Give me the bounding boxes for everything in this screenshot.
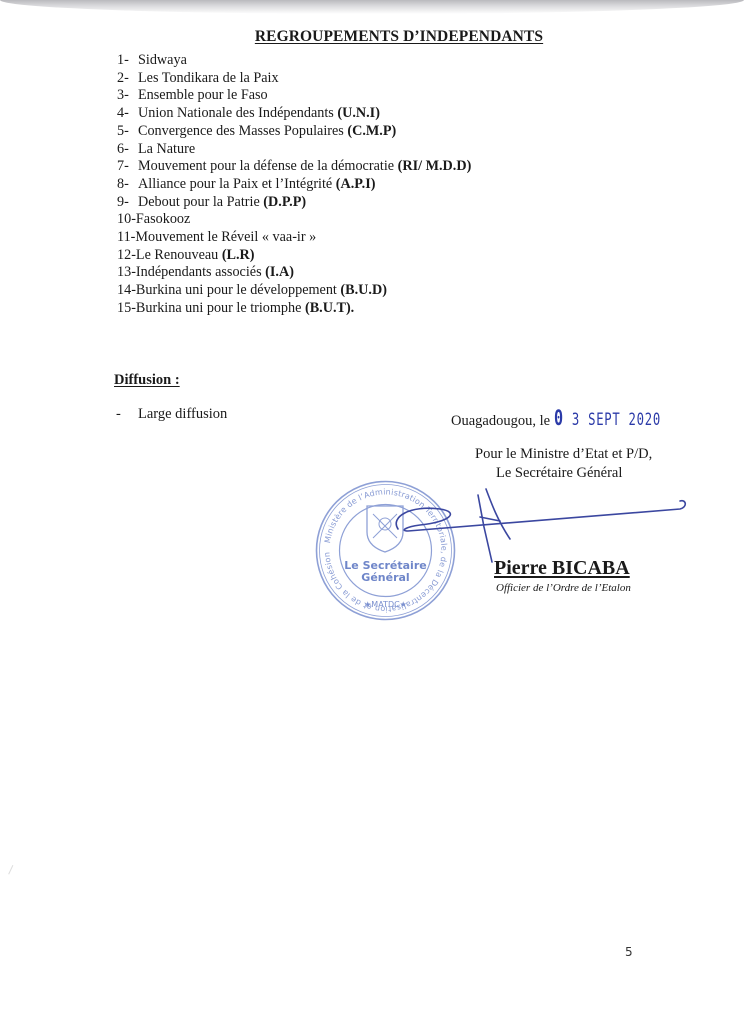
group-number: 4- bbox=[117, 105, 138, 123]
group-list-item: 12-Le Renouveau (L.R) bbox=[117, 247, 471, 265]
group-list-item: 5-Convergence des Masses Populaires (C.M… bbox=[117, 123, 471, 141]
group-name: Les Tondikara de la Paix bbox=[138, 70, 279, 86]
group-abbreviation: (D.P.P) bbox=[263, 194, 306, 210]
group-name: Convergence des Masses Populaires bbox=[138, 123, 347, 139]
group-name: Alliance pour la Paix et l’Intégrité bbox=[138, 176, 336, 192]
group-name: Burkina uni pour le développement bbox=[136, 282, 341, 298]
signatory-title: Le Secrétaire Général bbox=[496, 465, 622, 482]
group-list-item: 2-Les Tondikara de la Paix bbox=[117, 70, 471, 88]
document-title: REGROUPEMENTS D’INDEPENDANTS bbox=[0, 28, 744, 46]
scan-artifact bbox=[8, 865, 19, 877]
group-number: 1- bbox=[117, 52, 138, 70]
group-list-item: 15-Burkina uni pour le triomphe (B.U.T). bbox=[117, 300, 471, 318]
svg-text:★MATDC★: ★MATDC★ bbox=[364, 600, 407, 609]
group-list-item: 11-Mouvement le Réveil « vaa-ir » bbox=[117, 229, 471, 247]
diffusion-item-text: Large diffusion bbox=[138, 406, 227, 422]
group-number: 13- bbox=[117, 264, 136, 282]
group-number: 6- bbox=[117, 141, 138, 159]
bullet-dash: - bbox=[116, 406, 138, 423]
group-list-item: 10-Fasokooz bbox=[117, 211, 471, 229]
group-name: Burkina uni pour le triomphe bbox=[136, 300, 305, 316]
group-name: Mouvement le Réveil « vaa-ir » bbox=[135, 229, 316, 245]
group-number: 3- bbox=[117, 87, 138, 105]
group-list-item: 14-Burkina uni pour le développement (B.… bbox=[117, 282, 471, 300]
date-stamp: 0 3 SEPT 2020 bbox=[554, 406, 661, 430]
group-list-item: 1-Sidwaya bbox=[117, 52, 471, 70]
group-list-item: 4-Union Nationale des Indépendants (U.N.… bbox=[117, 105, 471, 123]
signatory-honor: Officier de l’Ordre de l’Etalon bbox=[496, 582, 631, 594]
group-name: Fasokooz bbox=[136, 211, 190, 227]
group-name: Debout pour la Patrie bbox=[138, 194, 263, 210]
diffusion-item: -Large diffusion bbox=[116, 406, 227, 423]
group-name: Le Renouveau bbox=[136, 247, 222, 263]
group-name: Mouvement pour la défense de la démocrat… bbox=[138, 158, 398, 174]
group-abbreviation: (B.U.T). bbox=[305, 300, 354, 316]
group-abbreviation: (L.R) bbox=[222, 247, 255, 263]
group-list-item: 7-Mouvement pour la défense de la démocr… bbox=[117, 158, 471, 176]
group-number: 5- bbox=[117, 123, 138, 141]
group-abbreviation: (RI/ M.D.D) bbox=[398, 158, 472, 174]
group-abbreviation: (U.N.I) bbox=[337, 105, 380, 121]
group-abbreviation: (I.A) bbox=[265, 264, 294, 280]
group-list-item: 8-Alliance pour la Paix et l’Intégrité (… bbox=[117, 176, 471, 194]
group-list-item: 9-Debout pour la Patrie (D.P.P) bbox=[117, 194, 471, 212]
group-name: Union Nationale des Indépendants bbox=[138, 105, 337, 121]
for-minister-line: Pour le Ministre d’Etat et P/D, bbox=[475, 446, 652, 463]
group-number: 2- bbox=[117, 70, 138, 88]
place-text: Ouagadougou, le bbox=[451, 413, 554, 429]
group-list-item: 6-La Nature bbox=[117, 141, 471, 159]
document-title-text: REGROUPEMENTS D’INDEPENDANTS bbox=[201, 28, 543, 45]
group-number: 9- bbox=[117, 194, 138, 212]
group-number: 8- bbox=[117, 176, 138, 194]
group-number: 10- bbox=[117, 211, 136, 229]
group-number: 14- bbox=[117, 282, 136, 300]
handwritten-signature-icon bbox=[380, 487, 690, 567]
group-number: 12- bbox=[117, 247, 136, 265]
group-list-item: 13-Indépendants associés (I.A) bbox=[117, 264, 471, 282]
group-abbreviation: (B.U.D) bbox=[340, 282, 387, 298]
groups-list: 1-Sidwaya2-Les Tondikara de la Paix3-Ens… bbox=[117, 52, 471, 318]
group-name: La Nature bbox=[138, 141, 195, 157]
group-list-item: 3-Ensemble pour le Faso bbox=[117, 87, 471, 105]
group-abbreviation: (C.M.P) bbox=[347, 123, 396, 139]
group-number: 7- bbox=[117, 158, 138, 176]
date-stamp-first-digit: 0 bbox=[554, 406, 564, 430]
group-number: 15- bbox=[117, 300, 136, 318]
group-name: Ensemble pour le Faso bbox=[138, 87, 268, 103]
group-name: Sidwaya bbox=[138, 52, 187, 68]
svg-text:Général: Général bbox=[361, 571, 409, 584]
signatory-name: Pierre BICABA bbox=[494, 557, 630, 580]
place-and-date: Ouagadougou, le 0 3 SEPT 2020 bbox=[451, 406, 702, 430]
page-number: 5 bbox=[625, 945, 633, 959]
date-stamp-rest: 3 SEPT 2020 bbox=[564, 410, 661, 430]
scan-edge-shadow bbox=[0, 0, 744, 14]
diffusion-heading: Diffusion : bbox=[114, 372, 180, 389]
group-abbreviation: (A.P.I) bbox=[336, 176, 376, 192]
group-name: Indépendants associés bbox=[136, 264, 265, 280]
group-number: 11- bbox=[117, 229, 135, 247]
